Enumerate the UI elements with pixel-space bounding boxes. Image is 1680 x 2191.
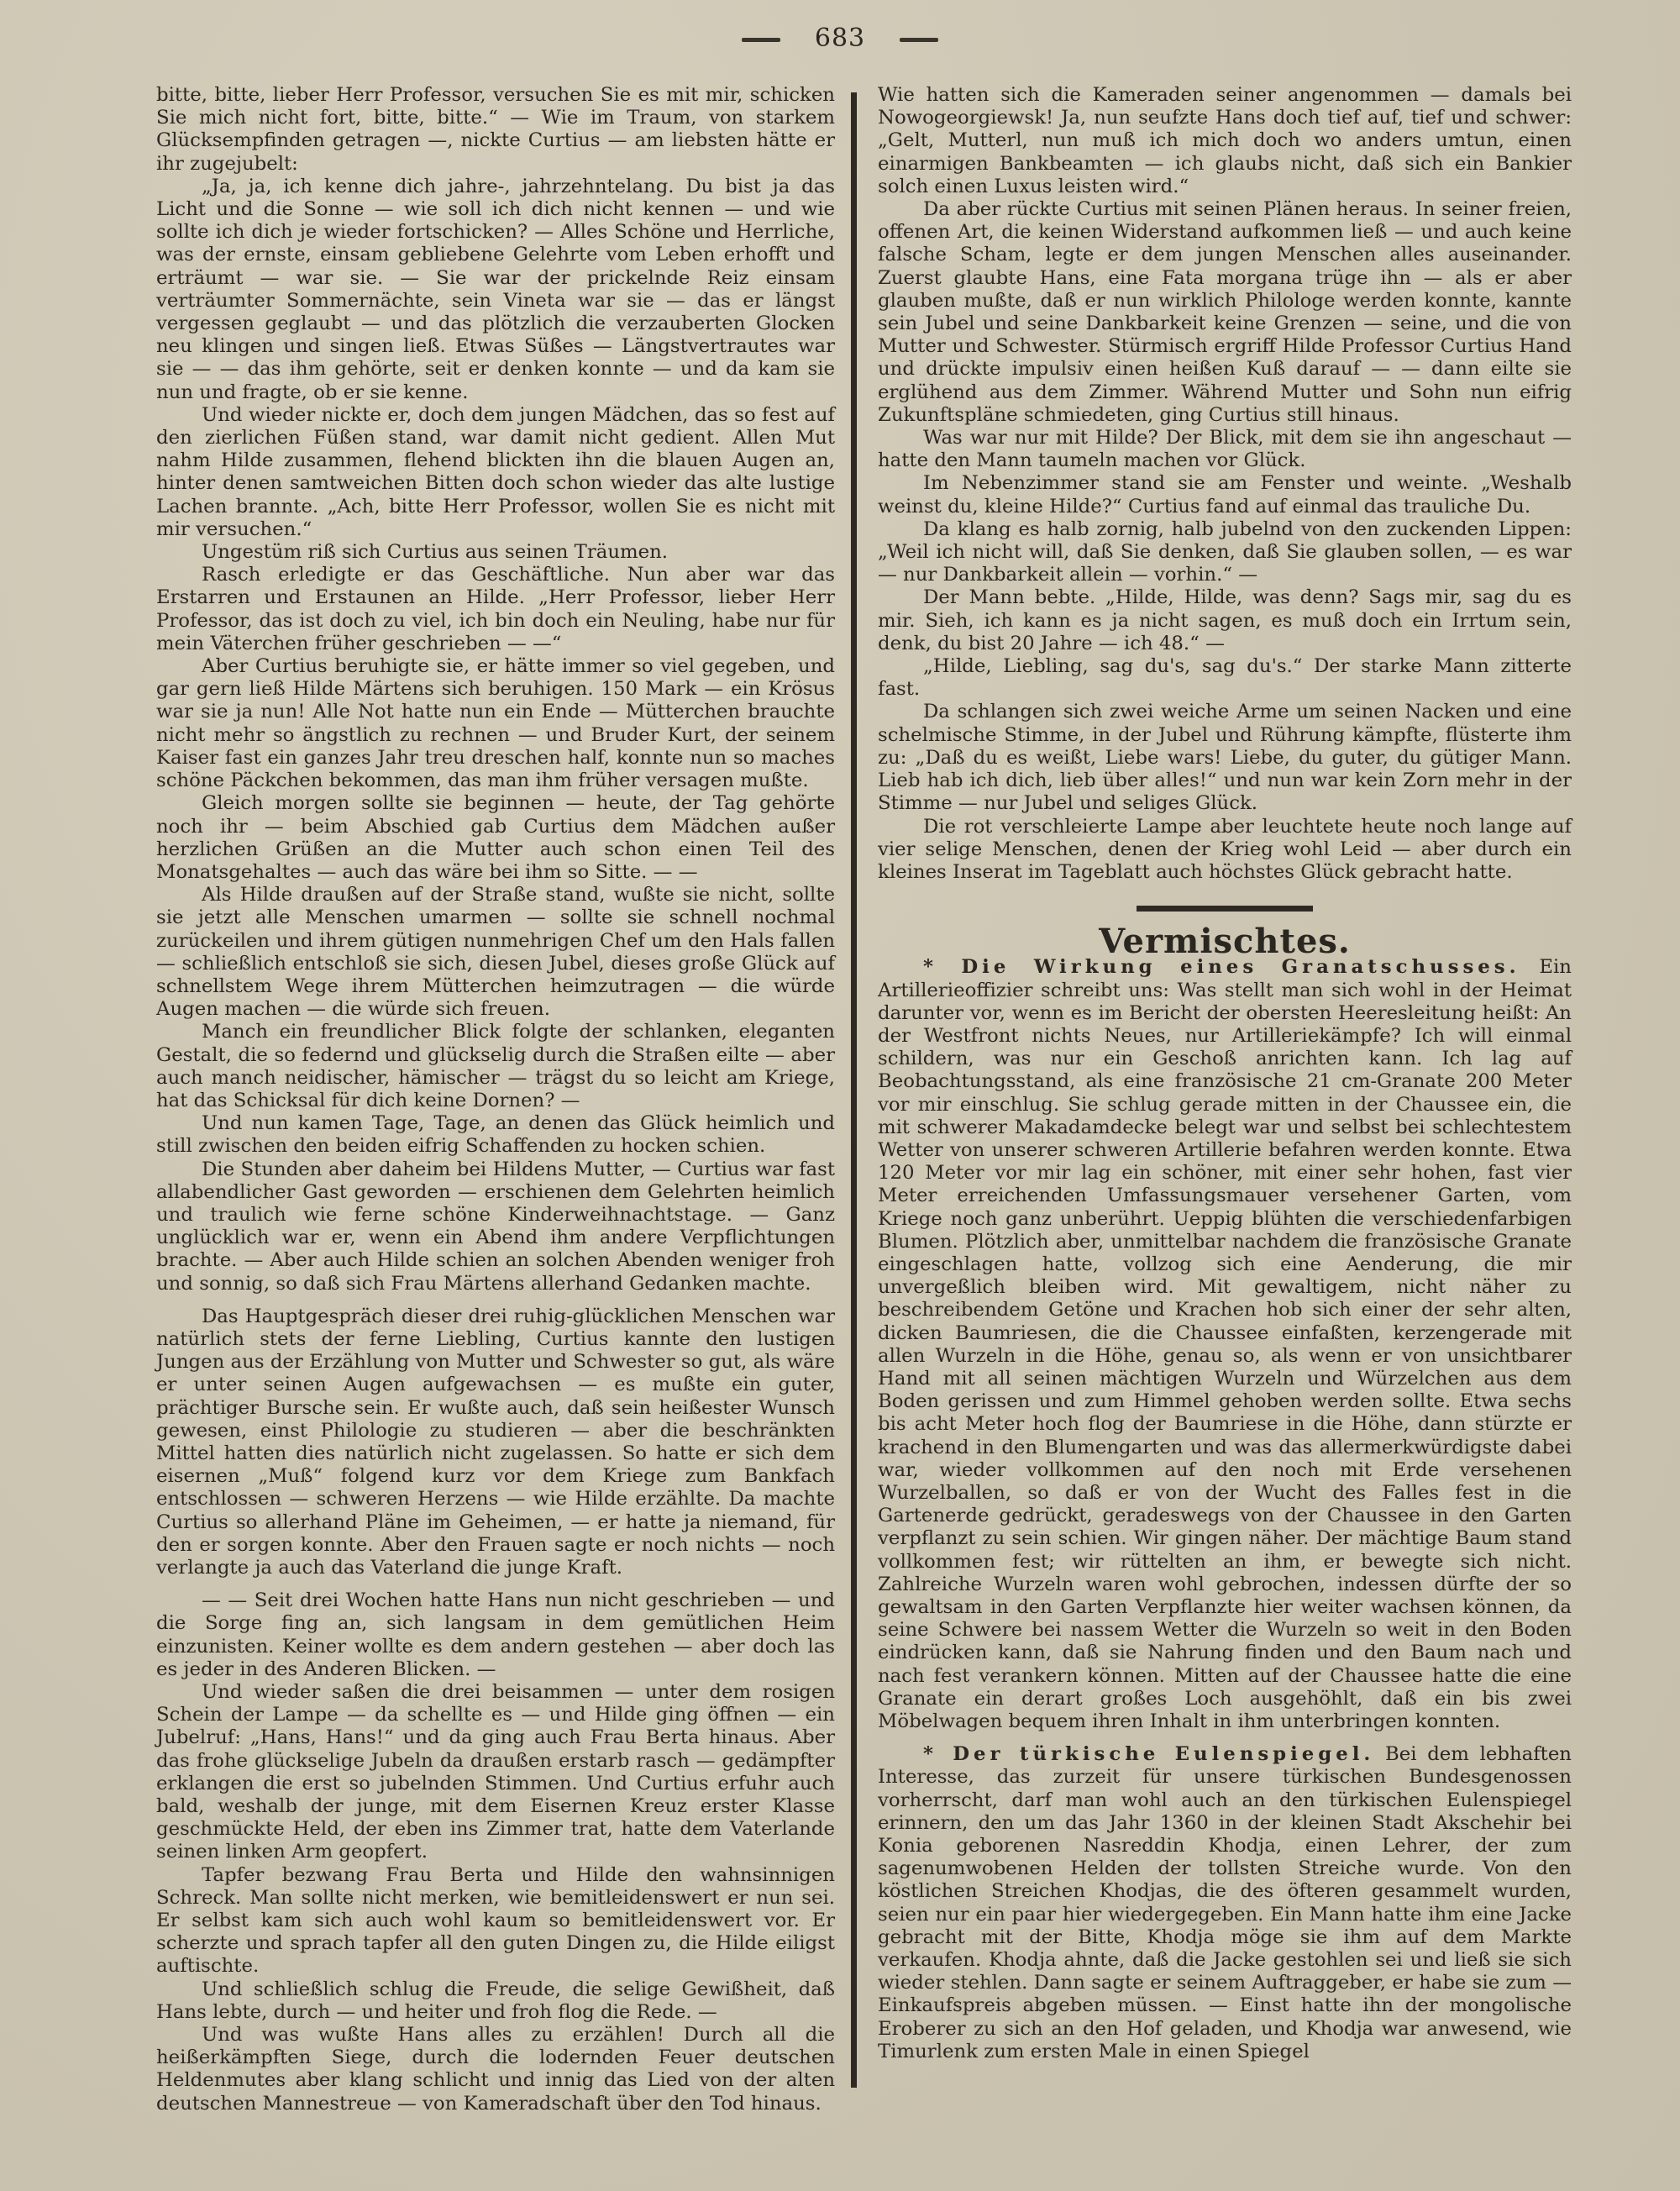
left-column: bitte, bitte, lieber Herr Professor, ver… <box>156 84 835 2115</box>
paragraph: „Ja, ja, ich kenne dich jahre-, jahrzehn… <box>156 176 835 404</box>
paragraph: bitte, bitte, lieber Herr Professor, ver… <box>156 84 835 176</box>
article-title: * Die Wirkung eines Granatschusses. <box>923 956 1520 978</box>
paragraph: Die Stunden aber daheim bei Hildens Mutt… <box>156 1159 835 1295</box>
article-paragraph: * Die Wirkung eines Granatschusses. Ein … <box>878 956 1572 1733</box>
column-divider <box>851 92 857 2088</box>
article-body: Bei dem lebhaften Interesse, das zurzeit… <box>878 1743 1572 2062</box>
paragraph: Gleich morgen sollte sie beginnen — heut… <box>156 792 835 884</box>
paragraph: Manch ein freundlicher Blick folgte der … <box>156 1021 835 1112</box>
paragraph: Da klang es halb zornig, halb jubelnd vo… <box>878 518 1572 587</box>
paragraph: Die rot verschleierte Lampe aber leuchte… <box>878 816 1572 885</box>
paragraph: — — Seit drei Wochen hatte Hans nun nich… <box>156 1589 835 1681</box>
page-header: 683 <box>0 24 1680 53</box>
paragraph: Und nun kamen Tage, Tage, an denen das G… <box>156 1112 835 1158</box>
page-number: 683 <box>815 24 865 53</box>
header-dash-right <box>900 38 938 42</box>
section-title: Vermischtes. <box>878 930 1572 953</box>
paragraph: Als Hilde draußen auf der Straße stand, … <box>156 884 835 1021</box>
paragraph: Und wieder saßen die drei beisammen — un… <box>156 1681 835 1864</box>
paragraph: Rasch erledigte er das Geschäftliche. Nu… <box>156 564 835 655</box>
paragraph: Aber Curtius beruhigte sie, er hätte imm… <box>156 655 835 792</box>
right-column: Wie hatten sich die Kameraden seiner ang… <box>878 84 1572 2063</box>
paragraph: Was war nur mit Hilde? Der Blick, mit de… <box>878 427 1572 472</box>
paragraph: Tapfer bezwang Frau Berta und Hilde den … <box>156 1864 835 1978</box>
paragraph: „Hilde, Liebling, sag du's, sag du's.“ D… <box>878 655 1572 701</box>
section-rule <box>1137 906 1313 912</box>
article-title: * Der türkische Eulenspiegel. <box>923 1743 1374 1765</box>
paragraph: Der Mann bebte. „Hilde, Hilde, was denn?… <box>878 586 1572 655</box>
paragraph: Und schließlich schlug die Freude, die s… <box>156 1978 835 2024</box>
paragraph: Und was wußte Hans alles zu erzählen! Du… <box>156 2024 835 2115</box>
paragraph: Und wieder nickte er, doch dem jungen Mä… <box>156 404 835 541</box>
header-dash-left <box>742 38 780 42</box>
paragraph: Das Hauptgespräch dieser drei ruhig-glüc… <box>156 1306 835 1579</box>
paragraph: Im Nebenzimmer stand sie am Fenster und … <box>878 472 1572 518</box>
article-body: Ein Artillerieoffizier schreibt uns: Was… <box>878 956 1572 1732</box>
paragraph: Da aber rückte Curtius mit seinen Plänen… <box>878 198 1572 427</box>
article-paragraph: * Der türkische Eulenspiegel. Bei dem le… <box>878 1743 1572 2063</box>
paragraph: Da schlangen sich zwei weiche Arme um se… <box>878 701 1572 815</box>
paragraph: Ungestüm riß sich Curtius aus seinen Trä… <box>156 541 835 564</box>
paragraph: Wie hatten sich die Kameraden seiner ang… <box>878 84 1572 198</box>
